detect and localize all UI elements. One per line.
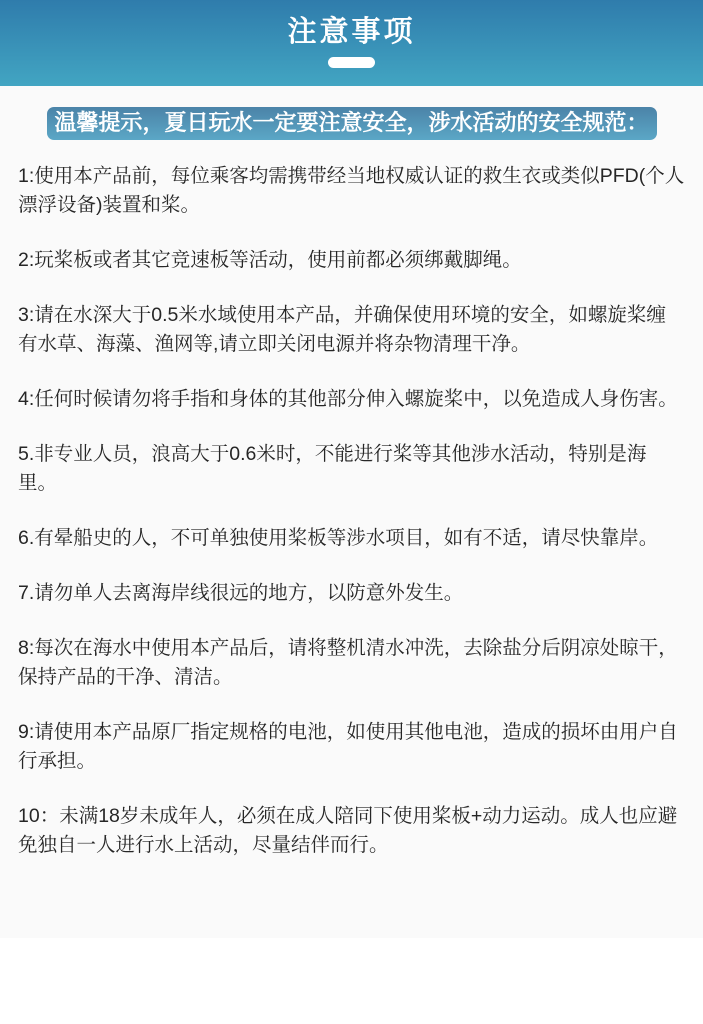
notice-page: 注意事项 温馨提示，夏日玩水一定要注意安全，涉水活动的安全规范： 1:使用本产品…: [0, 0, 703, 1024]
notice-item: 9:请使用本产品原厂指定规格的电池，如使用其他电池，造成的损坏由用户自行承担。: [18, 718, 685, 776]
notice-item: 7.请勿单人去离海岸线很远的地方，以防意外发生。: [18, 579, 685, 608]
content-card: 温馨提示，夏日玩水一定要注意安全，涉水活动的安全规范： 1:使用本产品前，每位乘…: [0, 86, 703, 938]
notice-list: 1:使用本产品前，每位乘客均需携带经当地权威认证的救生衣或类似PFD(个人漂浮设…: [0, 162, 703, 860]
notice-item: 6.有晕船史的人，不可单独使用桨板等涉水项目，如有不适，请尽快靠岸。: [18, 524, 685, 553]
notice-item: 10：未满18岁未成年人，必须在成人陪同下使用桨板+动力运动。成人也应避免独自一…: [18, 802, 685, 860]
safety-tip-text: 温馨提示，夏日玩水一定要注意安全，涉水活动的安全规范：: [54, 110, 648, 135]
notice-item: 1:使用本产品前，每位乘客均需携带经当地权威认证的救生衣或类似PFD(个人漂浮设…: [18, 162, 685, 220]
safety-tip-banner: 温馨提示，夏日玩水一定要注意安全，涉水活动的安全规范：: [47, 107, 657, 140]
notice-item: 5.非专业人员，浪高大于0.6米时，不能进行桨等其他涉水活动，特别是海里。: [18, 440, 685, 498]
title-underline-dash: [328, 57, 375, 68]
notice-item: 8:每次在海水中使用本产品后，请将整机清水冲洗，去除盐分后阴凉处晾干，保持产品的…: [18, 634, 685, 692]
header-banner: 注意事项: [0, 0, 703, 86]
notice-item: 3:请在水深大于0.5米水域使用本产品，并确保使用环境的安全，如螺旋桨缠有水草、…: [18, 301, 685, 359]
page-title: 注意事项: [0, 0, 703, 49]
notice-item: 4:任何时候请勿将手指和身体的其他部分伸入螺旋桨中，以免造成人身伤害。: [18, 385, 685, 414]
notice-item: 2:玩桨板或者其它竞速板等活动，使用前都必须绑戴脚绳。: [18, 246, 685, 275]
